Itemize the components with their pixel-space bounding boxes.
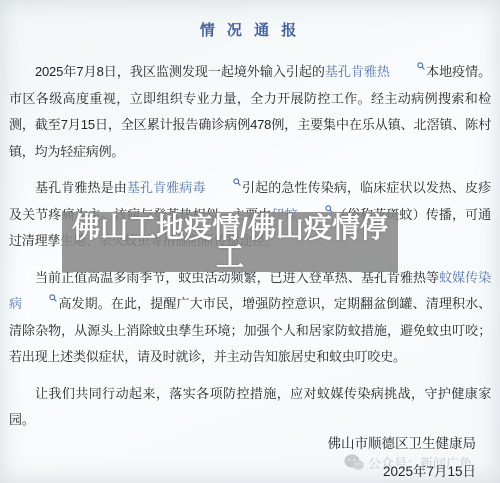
overlay-caption-line1: 佛山工地疫情/佛山疫情停 [72,213,388,242]
signature-date: 2025年7月15日 [328,458,477,483]
paragraph-text: 基孔肯雅热是由 [35,180,127,195]
overlay-caption-line2: 工 [216,242,244,271]
paragraph-call-to-action: 让我们共同行动起来，落实各项防控措施，应对蚊媒传染病挑战，守护健康家园。 [9,381,491,434]
search-icon[interactable] [391,62,425,70]
signature-block: 佛山市顺德区卫生健康局 2025年7月15日 [328,430,477,483]
paragraph-text: 高发期。在此，提醒广大市民，增强防控意识，定期翻盆倒罐、清理积水、清除杂物，从源… [9,296,491,364]
page-title: 情 况 通 报 [0,0,500,40]
paragraph-text: 2025年7月8日，我区监测发现一起境外输入引起的 [35,64,325,79]
entity-link-chikungunya-virus[interactable]: 基孔肯雅病毒 [127,180,206,195]
overlay-caption: 佛山工地疫情/佛山疫情停 工 [62,212,398,272]
paragraph-text: 让我们共同行动起来，落实各项防控措施，应对蚊媒传染病挑战，守护健康家园。 [9,386,491,428]
search-icon[interactable] [207,178,241,186]
entity-link-chikungunya-fever[interactable]: 基孔肯雅热 [325,64,390,79]
signature-org: 佛山市顺德区卫生健康局 [328,430,477,458]
notice-page: 情 况 通 报 2025年7月8日，我区监测发现一起境外输入引起的基孔肯雅热本地… [0,0,500,483]
paragraph-outbreak-report: 2025年7月8日，我区监测发现一起境外输入引起的基孔肯雅热本地疫情。市区各级高… [9,59,491,165]
paragraph-prevention-advice: 当前正值高温多雨季节，蚊虫活动频繁，已进入登革热、基孔肯雅热等蚊媒传染病高发期。… [9,265,491,371]
search-icon[interactable] [23,294,57,302]
